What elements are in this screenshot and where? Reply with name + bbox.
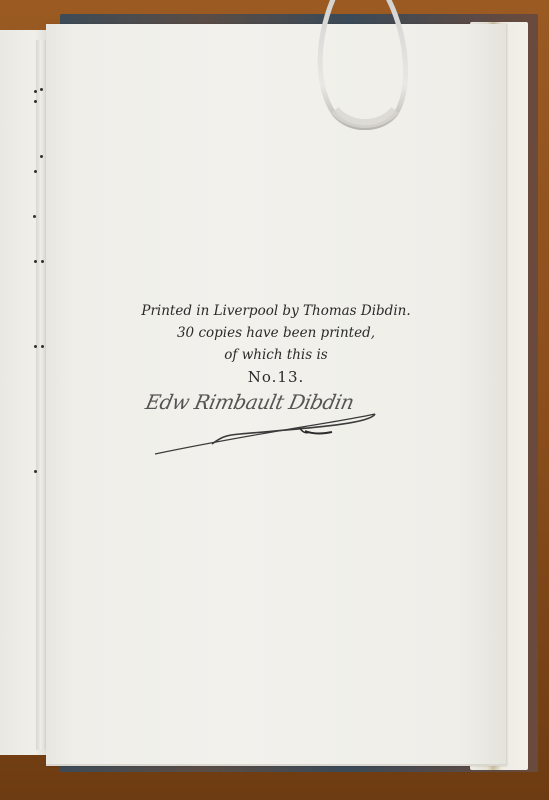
signature-text: Edw Rimbault Dibdin [143, 390, 356, 414]
stitch-hole [41, 260, 44, 263]
stitch-hole [34, 170, 37, 173]
stitch-hole [34, 90, 37, 93]
colophon-text: Printed in Liverpool by Thomas Dibdin. 3… [46, 300, 506, 388]
stitch-hole [40, 155, 43, 158]
stitch-hole [34, 100, 37, 103]
copy-number: No.13. [46, 366, 506, 388]
stitch-hole [40, 88, 43, 91]
silver-ring-icon [310, 0, 416, 130]
handwritten-signature: Edw Rimbault Dibdin [140, 388, 390, 460]
which-line: of which this is [46, 344, 506, 366]
stitch-hole [33, 215, 36, 218]
stitch-hole [34, 345, 37, 348]
copies-line: 30 copies have been printed, [46, 322, 506, 344]
stitch-hole [34, 470, 37, 473]
printer-line: Printed in Liverpool by Thomas Dibdin. [46, 300, 506, 322]
book-gutter [36, 40, 46, 750]
stitch-hole [34, 260, 37, 263]
stitch-hole [41, 345, 44, 348]
